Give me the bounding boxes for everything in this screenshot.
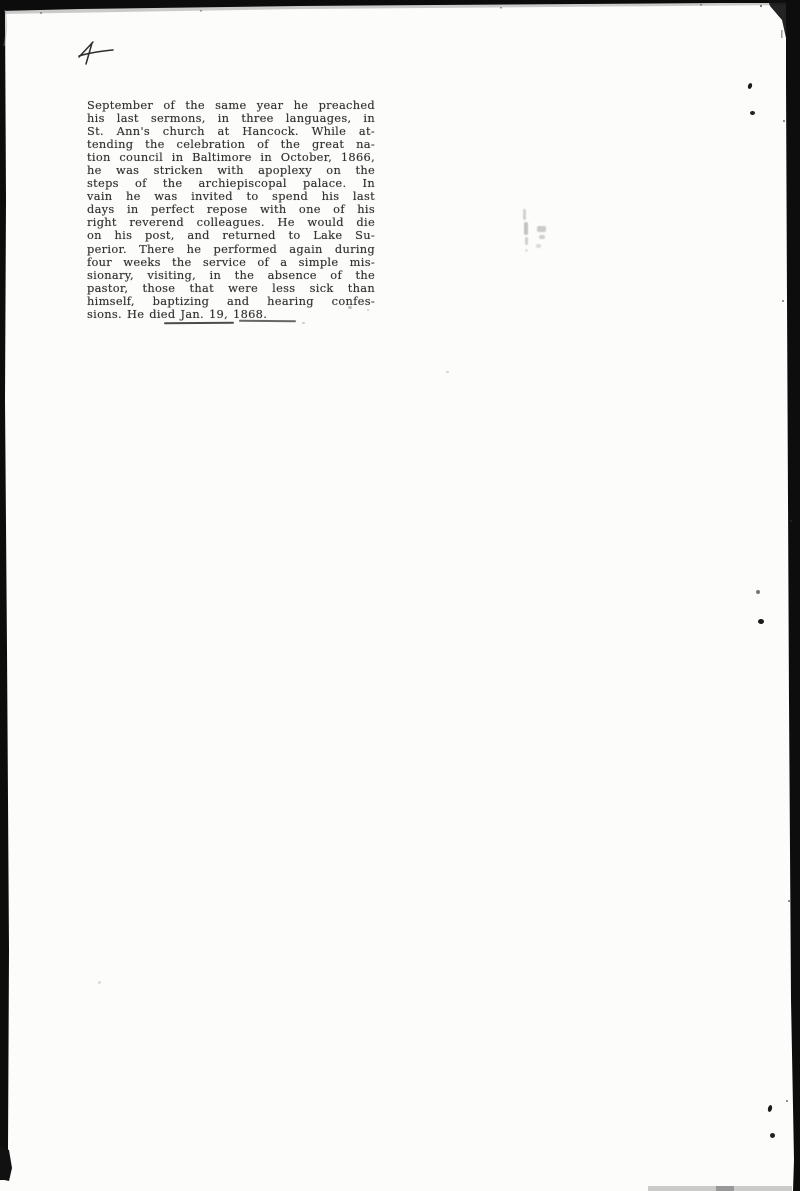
clipping-line: vain he was invited to spend his last — [87, 190, 375, 203]
clipping-line: on his post, and returned to Lake Su- — [87, 229, 375, 242]
clipping-line: tion council in Baltimore in October, 18… — [87, 151, 375, 164]
clipping-line: four weeks the service of a simple mis- — [87, 256, 375, 269]
clipping-line: sionary, visiting, in the absence of the — [87, 269, 375, 282]
clipping-line: perior. There he performed again during — [87, 243, 375, 256]
clipping-line: pastor, those that were less sick than — [87, 282, 375, 295]
ink-speck — [770, 1133, 775, 1138]
ink-speck — [756, 590, 760, 594]
clipping-line: steps of the archiepiscopal palace. In — [87, 177, 375, 190]
ink-speck — [446, 371, 449, 373]
ink-speck — [747, 82, 753, 89]
handwritten-page-number — [70, 33, 130, 73]
ink-speck — [367, 309, 369, 311]
end-rule-segment — [239, 320, 296, 322]
ink-speck — [348, 306, 352, 309]
clipping-line: right reverend colleagues. He would die — [87, 216, 375, 229]
clipping-line: September of the same year he preached — [87, 99, 375, 112]
clipping-line: tending the celebration of the great na- — [87, 138, 375, 151]
ink-speck — [750, 111, 755, 115]
ink-speck — [98, 981, 101, 984]
newspaper-clipping-text: September of the same year he preached h… — [87, 99, 375, 321]
clipping-line: St. Ann's church at Hancock. While at- — [87, 125, 375, 138]
ink-speck — [302, 322, 305, 324]
clipping-line: days in perfect repose with one of his — [87, 203, 375, 216]
clipping-line: he was stricken with apoplexy on the — [87, 164, 375, 177]
pencil-smudge — [515, 205, 555, 257]
ink-speck — [758, 619, 764, 624]
clipping-line: his last sermons, in three languages, in — [87, 112, 375, 125]
end-rule-segment — [164, 322, 234, 324]
ink-speck — [767, 1105, 773, 1113]
clipping-line: himself, baptizing and hearing confes- — [87, 295, 375, 308]
scanned-page: September of the same year he preached h… — [0, 0, 800, 1191]
clipping-line: sions. He died Jan. 19, 1868. — [87, 308, 375, 321]
